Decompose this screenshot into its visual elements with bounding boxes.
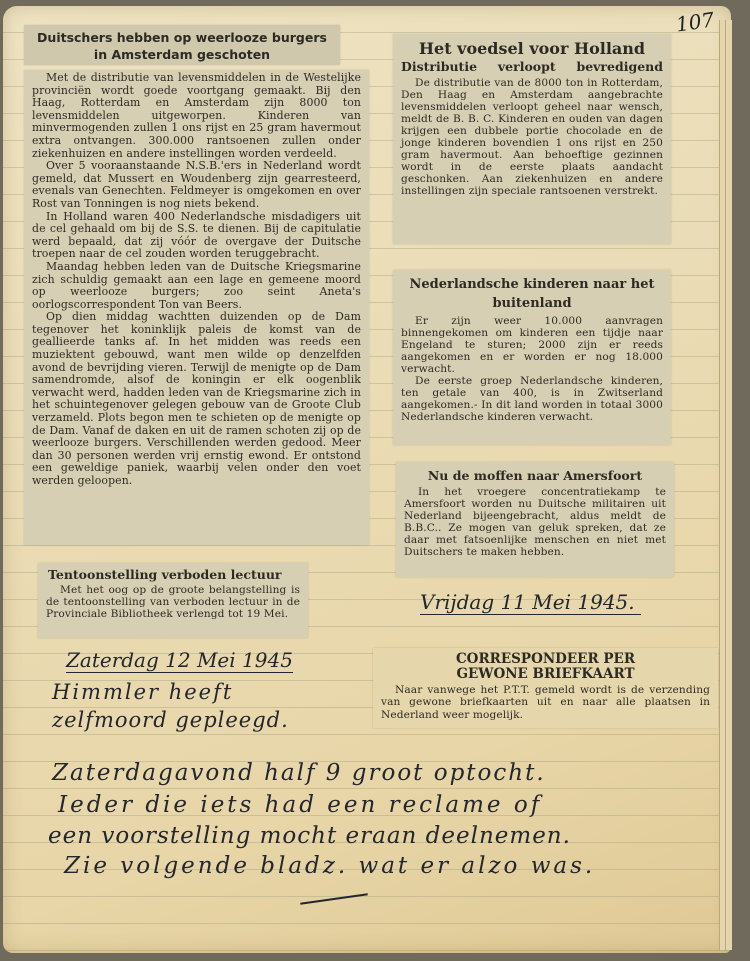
paragraph: Met het oog op de groote belangstelling … — [46, 584, 300, 620]
article-body: Naar vanwege het P.T.T. gemeld wordt is … — [373, 684, 718, 727]
headline: Nu de moffen naar Amersfoort — [396, 462, 674, 486]
handwritten-date-friday: Vrijdag 11 Mei 1945. — [420, 590, 641, 615]
headline: Duitschers hebben op weerlooze burgers i… — [24, 25, 340, 67]
paragraph: Op dien middag wachtten duizenden op de … — [32, 311, 361, 487]
clipping-postcard: CORRESPONDEER PER GEWONE BRIEFKAART Naar… — [373, 648, 718, 728]
headline: CORRESPONDEER PER GEWONE BRIEFKAART — [373, 648, 718, 684]
handwritten-note-line: Himmler heeft — [52, 680, 233, 704]
clipping-amsterdam-shooting: Met de distributie van levensmiddelen in… — [24, 70, 369, 545]
clipping-headline-amsterdam: Duitschers hebben op weerlooze burgers i… — [24, 25, 340, 65]
paragraph: De distributie van de 8000 ton in Rotter… — [401, 77, 663, 197]
clipping-amersfoort: Nu de moffen naar Amersfoort In het vroe… — [396, 462, 674, 577]
article-body: Er zijn weer 10.000 aanvragen binnengeko… — [393, 315, 671, 429]
paragraph: In Holland waren 400 Nederlandsche misda… — [32, 211, 361, 261]
headline: Tentoonstelling verboden lectuur — [38, 563, 308, 584]
handwritten-date-saturday: Zaterdag 12 Mei 1945 — [66, 648, 293, 673]
paragraph: In het vroegere concentratiekamp te Amer… — [404, 486, 666, 558]
handwritten-note-line: zelfmoord gepleegd. — [52, 708, 289, 732]
paragraph: Maandag hebben leden van de Duitsche Kri… — [32, 261, 361, 311]
page-edge — [725, 20, 732, 950]
headline: Het voedsel voor Holland — [393, 34, 671, 59]
handwritten-note-line: een voorstelling mocht eraan deelnemen. — [48, 823, 571, 849]
paragraph: Naar vanwege het P.T.T. gemeld wordt is … — [381, 684, 710, 721]
clipping-food-holland: Het voedsel voor Holland Distributie ver… — [393, 34, 671, 244]
headline: Nederlandsche kinderen naar het buitenla… — [393, 270, 671, 315]
handwritten-note-line: Ieder die iets had een reclame of — [58, 792, 542, 818]
paragraph: Over 5 vooraanstaande N.S.B.'ers in Nede… — [32, 160, 361, 210]
paragraph: Er zijn weer 10.000 aanvragen binnengeko… — [401, 315, 663, 375]
handwritten-note-line: Zie volgende bladz. wat er alzo was. — [64, 853, 595, 879]
paragraph: Met de distributie van levensmiddelen in… — [32, 72, 361, 160]
paragraph: De eerste groep Nederlandsche kinderen, … — [401, 375, 663, 423]
article-body: In het vroegere concentratiekamp te Amer… — [396, 486, 674, 564]
handwritten-note-line: Zaterdagavond half 9 groot optocht. — [52, 760, 546, 786]
article-body: Met het oog op de groote belangstelling … — [38, 584, 308, 626]
article-body: De distributie van de 8000 ton in Rotter… — [393, 77, 671, 203]
clipping-children-abroad: Nederlandsche kinderen naar het buitenla… — [393, 270, 671, 445]
subheadline: Distributie verloopt bevredigend — [393, 59, 671, 77]
clipping-exhibition: Tentoonstelling verboden lectuur Met het… — [38, 563, 308, 638]
article-body: Met de distributie van levensmiddelen in… — [24, 70, 369, 494]
